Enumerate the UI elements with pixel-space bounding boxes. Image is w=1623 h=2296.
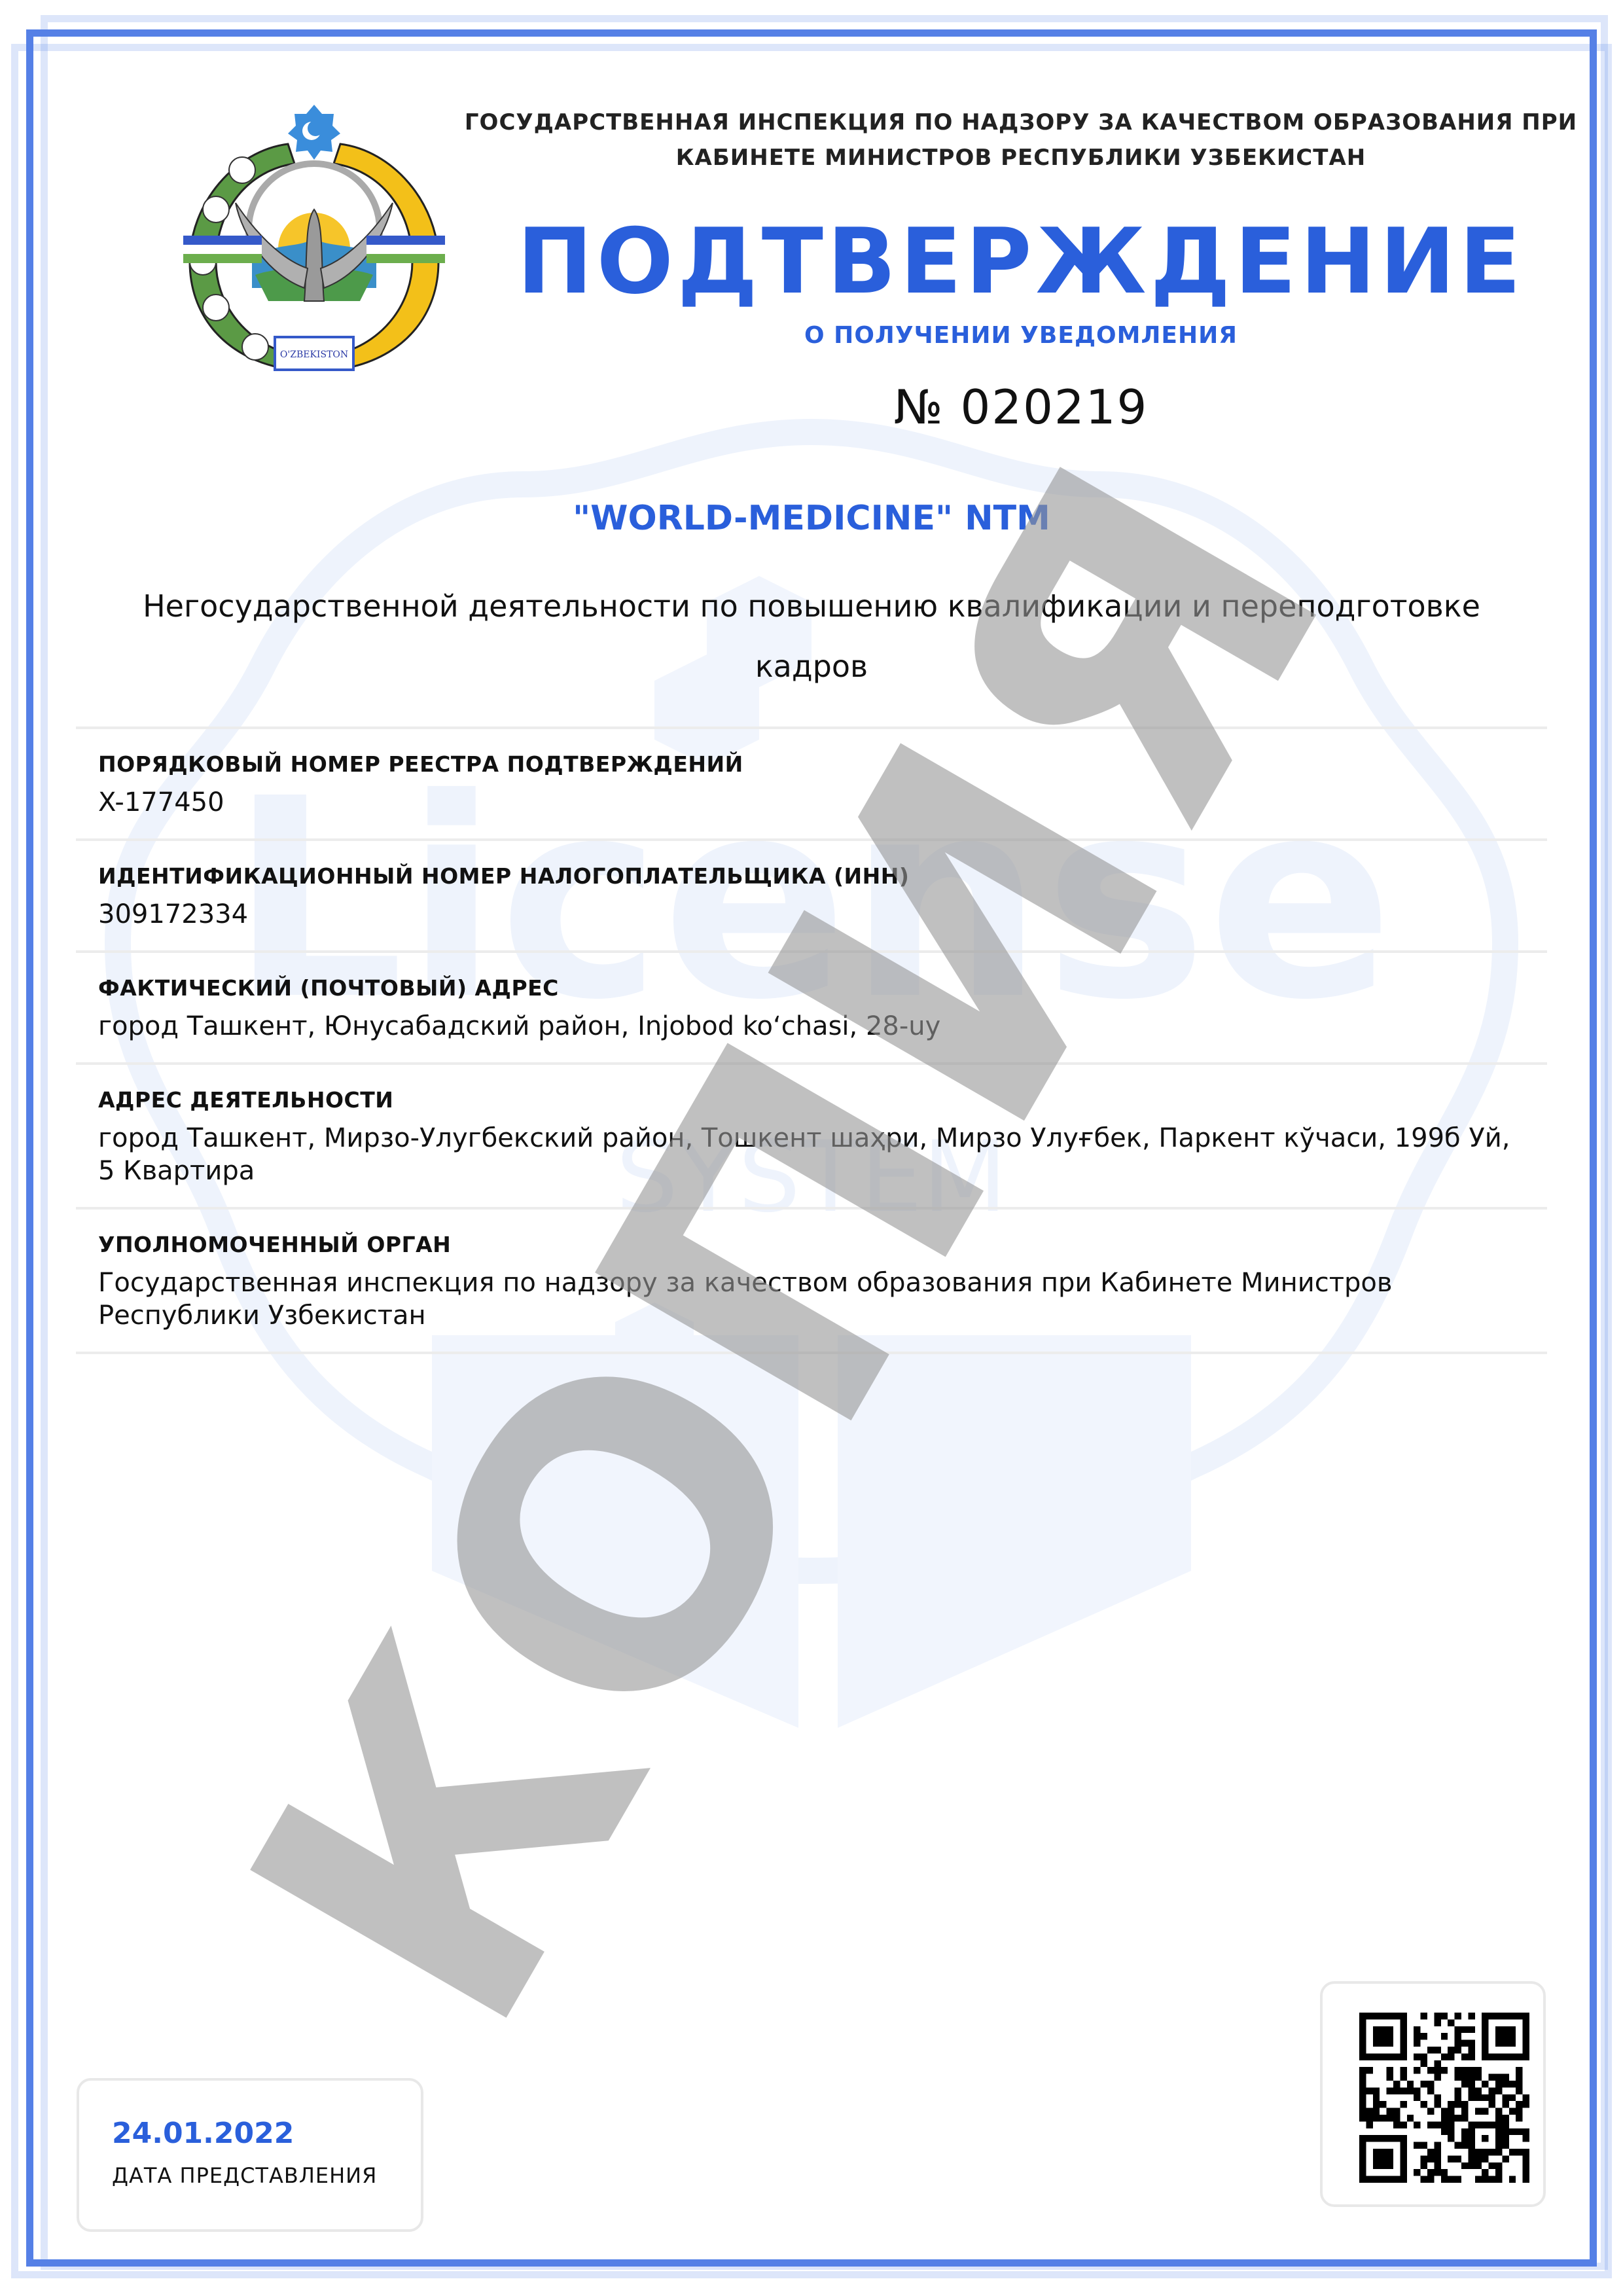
- issuing-authority: ГОСУДАРСТВЕННАЯ ИНСПЕКЦИЯ ПО НАДЗОРУ ЗА …: [458, 105, 1584, 175]
- activity-type-line2: кадров: [76, 636, 1547, 696]
- activity-type-line1: Негосударственной деятельности по повыше…: [76, 576, 1547, 636]
- field-registry-number: ПОРЯДКОВЫЙ НОМЕР РЕЕСТРА ПОДТВЕРЖДЕНИЙ X…: [76, 726, 1547, 838]
- document-subtitle: О ПОЛУЧЕНИИ УВЕДОМЛЕНИЯ: [458, 322, 1584, 349]
- field-label: ИДЕНТИФИКАЦИОННЫЙ НОМЕР НАЛОГОПЛАТЕЛЬЩИК…: [98, 863, 1525, 889]
- svg-text:O'ZBEKISTON: O'ZBEKISTON: [280, 350, 348, 360]
- issuing-authority-line1: ГОСУДАРСТВЕННАЯ ИНСПЕКЦИЯ ПО НАДЗОРУ ЗА …: [458, 105, 1584, 140]
- submission-date-label: ДАТА ПРЕДСТАВЛЕНИЯ: [112, 2163, 421, 2188]
- document-number: № 020219: [458, 380, 1584, 435]
- submission-date-card: 24.01.2022 ДАТА ПРЕДСТАВЛЕНИЯ: [77, 2078, 423, 2232]
- field-value: город Ташкент, Юнусабадский район, Injob…: [98, 1010, 1525, 1043]
- qr-code-icon[interactable]: [1359, 2013, 1529, 2183]
- details-list: ПОРЯДКОВЫЙ НОМЕР РЕЕСТРА ПОДТВЕРЖДЕНИЙ X…: [76, 726, 1547, 1354]
- field-activity-address: АДРЕС ДЕЯТЕЛЬНОСТИ город Ташкент, Мирзо-…: [76, 1062, 1547, 1207]
- issuing-authority-line2: КАБИНЕТЕ МИНИСТРОВ РЕСПУБЛИКИ УЗБЕКИСТАН: [458, 140, 1584, 175]
- field-value: 309172334: [98, 898, 1525, 931]
- submission-date: 24.01.2022: [112, 2117, 421, 2150]
- field-postal-address: ФАКТИЧЕСКИЙ (ПОЧТОВЫЙ) АДРЕС город Ташке…: [76, 950, 1547, 1062]
- organization-name: "WORLD-MEDICINE" NTM: [76, 499, 1547, 538]
- qr-code-card: [1320, 1981, 1546, 2207]
- activity-type: Негосударственной деятельности по повыше…: [76, 576, 1547, 696]
- field-label: ФАКТИЧЕСКИЙ (ПОЧТОВЫЙ) АДРЕС: [98, 975, 1525, 1001]
- field-value: X-177450: [98, 786, 1525, 819]
- coat-of-arms-icon: O'ZBEKISTON: [164, 92, 465, 380]
- field-label: АДРЕС ДЕЯТЕЛЬНОСТИ: [98, 1087, 1525, 1113]
- field-value: город Ташкент, Мирзо-Улугбекский район, …: [98, 1122, 1525, 1187]
- field-tax-id: ИДЕНТИФИКАЦИОННЫЙ НОМЕР НАЛОГОПЛАТЕЛЬЩИК…: [76, 838, 1547, 950]
- field-label: УПОЛНОМОЧЕННЫЙ ОРГАН: [98, 1232, 1525, 1257]
- field-value: Государственная инспекция по надзору за …: [98, 1266, 1525, 1332]
- document-title: ПОДТВЕРЖДЕНИЕ: [458, 209, 1584, 314]
- field-authorized-body: УПОЛНОМОЧЕННЫЙ ОРГАН Государственная инс…: [76, 1207, 1547, 1354]
- field-label: ПОРЯДКОВЫЙ НОМЕР РЕЕСТРА ПОДТВЕРЖДЕНИЙ: [98, 751, 1525, 777]
